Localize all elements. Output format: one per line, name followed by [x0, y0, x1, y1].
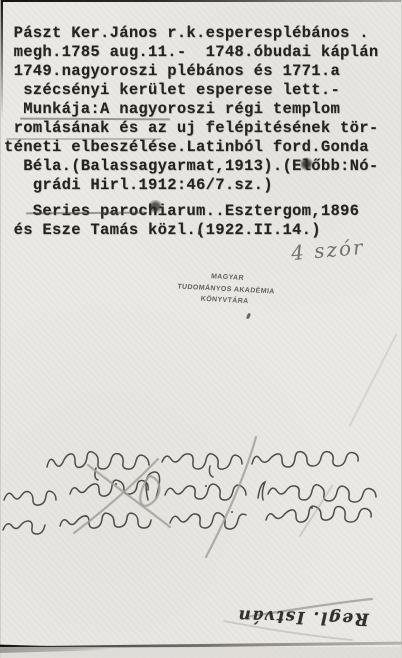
typed-line: Béla.(Balassagyarmat,1913).(Előbb:Nó-: [4, 157, 378, 176]
library-stamp: MAGYAR TUDOMÁNYOS AKADÉMIA KÖNYVTÁRA: [164, 269, 288, 310]
scan-edge-bottom-band: [0, 647, 402, 658]
crossout-stroke: [300, 486, 332, 536]
scribble-line: [170, 513, 246, 529]
paper-crease: [348, 333, 397, 426]
crossout-stroke: [88, 465, 170, 527]
scribble-tail: [95, 468, 98, 480]
ink-blot: [299, 157, 314, 171]
scribble-line: [70, 480, 148, 496]
scan-edge-left-faint: [0, 0, 1, 658]
scribble-paren: [258, 482, 265, 500]
typed-line: szécsényi kerület esperese lett.-: [4, 81, 378, 100]
typed-line: téneti elbeszélése.Latinból ford.Gonda: [4, 138, 378, 157]
crossout-stroke: [206, 437, 256, 557]
scribble-line: [162, 454, 242, 469]
scan-edge-top: [0, 0, 402, 2]
i-dot: [231, 511, 233, 513]
i-dot: [85, 515, 87, 517]
typed-line: Pászt Ker.János r.k.esperesplébános .: [4, 24, 378, 43]
scribble-line: [268, 485, 376, 502]
scribble-line: [165, 484, 246, 500]
scribble-line: [3, 521, 45, 534]
typed-line: Munkája:A nagyoroszi régi templom: [4, 100, 378, 119]
scribble-line: [4, 491, 56, 505]
scribble-line: [60, 513, 151, 528]
typed-text-block: Pászt Ker.János r.k.esperesplébános . me…: [4, 24, 378, 240]
ink-blot: [147, 200, 164, 213]
scribble-tail: [209, 466, 213, 477]
scribble-line: [266, 506, 371, 522]
crossout-loop: [140, 476, 159, 506]
typed-line: romlásának és az uj felépitésének tör-: [4, 119, 378, 138]
i-dot: [311, 507, 313, 509]
typed-line: grádi Hirl.1912:46/7.sz.): [4, 176, 378, 195]
scribble-line: [47, 452, 149, 469]
ink-dot: [246, 313, 251, 320]
handwritten-count-note: 4 szór: [290, 235, 365, 265]
handwritten-signature: Regl. István: [228, 591, 379, 629]
scribble-loop: [146, 472, 160, 500]
typed-line: 1749.nagyoroszi plébános és 1771.a: [4, 62, 378, 81]
typed-line: és Esze Tamás közl.(1922.II.14.): [4, 221, 378, 240]
scribble-line: [252, 452, 358, 467]
i-dot: [205, 485, 207, 487]
typed-line: megh.1785 aug.11.- 1748.óbudai káplán: [4, 43, 378, 62]
i-dot: [115, 483, 117, 485]
stray-underline: [6, 138, 161, 140]
typed-line-blank: [4, 195, 378, 202]
crossout-stroke: [74, 459, 158, 533]
catalog-card: Pászt Ker.János r.k.esperesplébános . me…: [0, 0, 402, 658]
